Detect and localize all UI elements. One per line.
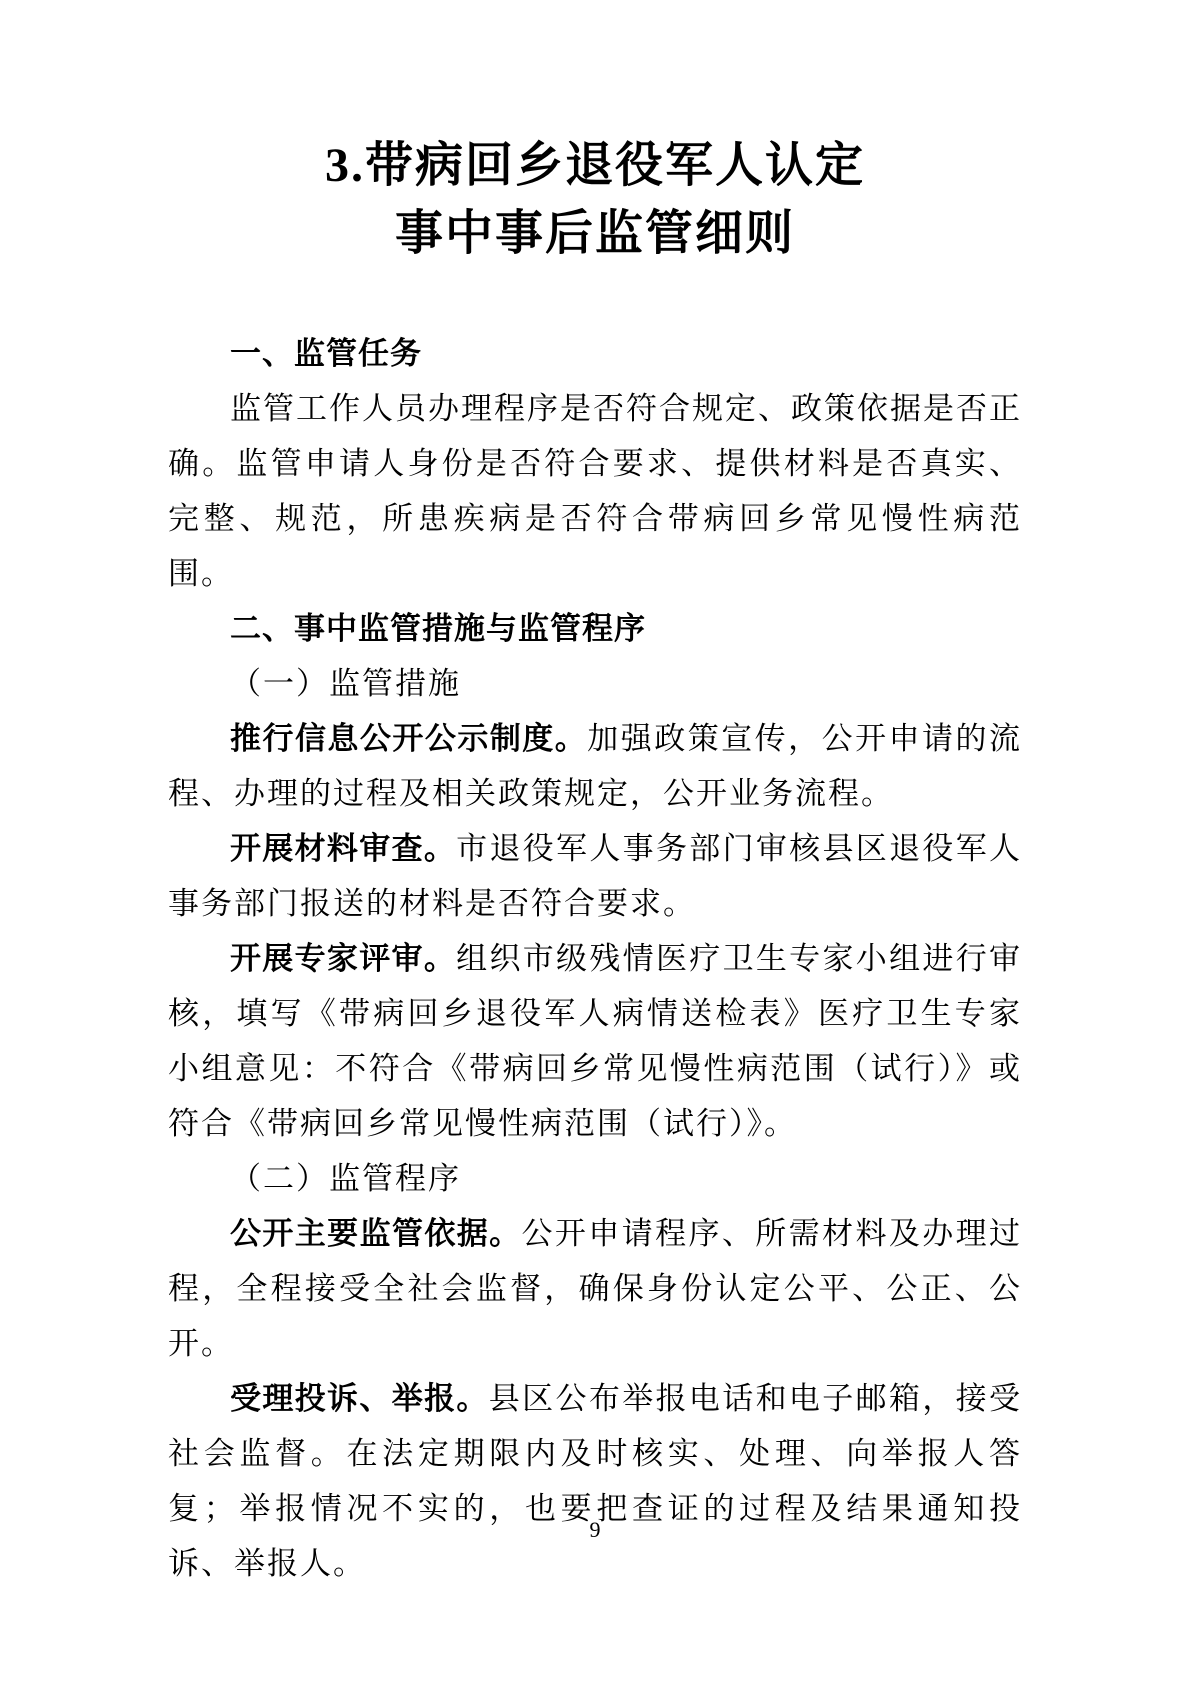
paragraph-lead: 开展专家评审。 xyxy=(230,941,456,976)
subsection-heading-2: （二）监管程序 xyxy=(168,1151,1022,1206)
document-page: 3.带病回乡退役军人认定 事中事后监管细则 一、监管任务 监管工作人员办理程序是… xyxy=(0,0,1190,1683)
paragraph-supervision-basis: 公开主要监管依据。公开申请程序、所需材料及办理过程，全程接受全社会监督，确保身份… xyxy=(168,1206,1022,1371)
subsection-heading-1: （一）监管措施 xyxy=(168,656,1022,711)
document-title: 3.带病回乡退役军人认定 事中事后监管细则 xyxy=(0,132,1190,268)
paragraph-complaints-reports: 受理投诉、举报。县区公布举报电话和电子邮箱，接受社会监督。在法定期限内及时核实、… xyxy=(168,1371,1022,1591)
paragraph-expert-review: 开展专家评审。组织市级残情医疗卫生专家小组进行审核，填写《带病回乡退役军人病情送… xyxy=(168,931,1022,1151)
paragraph-lead: 开展材料审查。 xyxy=(230,831,456,866)
paragraph-lead: 受理投诉、举报。 xyxy=(230,1381,489,1416)
document-title-line-2: 事中事后监管细则 xyxy=(0,200,1190,268)
document-body: 一、监管任务 监管工作人员办理程序是否符合规定、政策依据是否正确。监管申请人身份… xyxy=(168,326,1022,1591)
paragraph-material-review: 开展材料审查。市退役军人事务部门审核县区退役军人事务部门报送的材料是否符合要求。 xyxy=(168,821,1022,931)
paragraph-supervision-tasks: 监管工作人员办理程序是否符合规定、政策依据是否正确。监管申请人身份是否符合要求、… xyxy=(168,381,1022,601)
paragraph-lead: 推行信息公开公示制度。 xyxy=(230,721,587,756)
document-title-line-1: 3.带病回乡退役军人认定 xyxy=(0,132,1190,200)
paragraph-information-disclosure: 推行信息公开公示制度。加强政策宣传，公开申请的流程、办理的过程及相关政策规定，公… xyxy=(168,711,1022,821)
section-heading-1: 一、监管任务 xyxy=(168,326,1022,381)
page-number: 9 xyxy=(0,1517,1190,1543)
paragraph-lead: 公开主要监管依据。 xyxy=(230,1216,522,1251)
section-heading-2: 二、事中监管措施与监管程序 xyxy=(168,601,1022,656)
paragraph-text: 监管工作人员办理程序是否符合规定、政策依据是否正确。监管申请人身份是否符合要求、… xyxy=(168,391,1022,591)
